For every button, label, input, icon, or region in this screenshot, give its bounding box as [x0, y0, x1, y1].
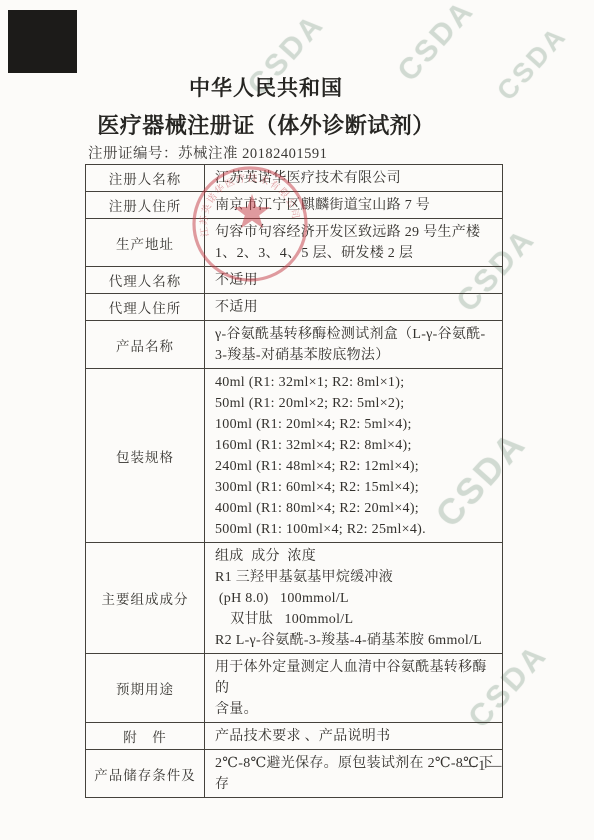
table-row: 预期用途 用于体外定量测定人血清中谷氨酰基转移酶的 含量。 — [86, 653, 502, 722]
row-value: 不适用 — [205, 267, 502, 293]
row-value: γ-谷氨酰基转移酶检测试剂盒（L-γ-谷氨酰- 3-羧基-对硝基苯胺底物法） — [205, 321, 502, 368]
row-label: 注册人住所 — [86, 192, 205, 218]
row-label: 注册人名称 — [86, 165, 205, 191]
row-label: 产品名称 — [86, 321, 205, 368]
row-value: 不适用 — [205, 294, 502, 320]
document-header: 中华人民共和国 医疗器械注册证（体外诊断试剂） — [0, 72, 532, 140]
row-label: 附 件 — [86, 723, 205, 749]
page-number: —1— — [462, 758, 503, 775]
row-value: 产品技术要求 、产品说明书 — [205, 723, 502, 749]
table-row: 包装规格 40ml (R1: 32ml×1; R2: 8ml×1); 50ml … — [86, 368, 502, 542]
certificate-page: CSDA CSDA CSDA CSDA CSDA CSDA 中华人民共和国 医疗… — [0, 0, 594, 840]
row-value: 2℃-8℃避光保存。原包装试剂在 2℃-8℃下存 — [205, 750, 502, 797]
row-value: 江苏英诺华医疗技术有限公司 — [205, 165, 502, 191]
table-row: 生产地址 句容市句容经济开发区致远路 29 号生产楼 1、2、3、4、5 层、研… — [86, 218, 502, 266]
row-label: 代理人住所 — [86, 294, 205, 320]
row-label: 产品储存条件及 — [86, 750, 205, 797]
country-title: 中华人民共和国 — [0, 72, 532, 102]
certificate-title: 医疗器械注册证（体外诊断试剂） — [0, 109, 532, 140]
row-value: 南京市江宁区麒麟街道宝山路 7 号 — [205, 192, 502, 218]
row-label: 生产地址 — [86, 219, 205, 266]
row-value: 40ml (R1: 32ml×1; R2: 8ml×1); 50ml (R1: … — [205, 369, 502, 542]
table-row: 附 件 产品技术要求 、产品说明书 — [86, 722, 502, 749]
registration-number: 注册证编号：苏械注准 20182401591 — [88, 142, 327, 163]
row-value: 用于体外定量测定人血清中谷氨酰基转移酶的 含量。 — [205, 654, 502, 722]
row-label: 代理人名称 — [86, 267, 205, 293]
table-row: 产品名称 γ-谷氨酰基转移酶检测试剂盒（L-γ-谷氨酰- 3-羧基-对硝基苯胺底… — [86, 320, 502, 368]
table-row: 注册人住所 南京市江宁区麒麟街道宝山路 7 号 — [86, 191, 502, 218]
table-row: 代理人住所 不适用 — [86, 293, 502, 320]
certificate-table: 注册人名称 江苏英诺华医疗技术有限公司 注册人住所 南京市江宁区麒麟街道宝山路 … — [85, 164, 503, 798]
row-label: 主要组成成分 — [86, 543, 205, 653]
row-label: 预期用途 — [86, 654, 205, 722]
table-row: 主要组成成分 组成 成分 浓度 R1 三羟甲基氨基甲烷缓冲液 (pH 8.0) … — [86, 542, 502, 653]
datamatrix-code — [8, 10, 78, 76]
row-value: 句容市句容经济开发区致远路 29 号生产楼 1、2、3、4、5 层、研发楼 2 … — [205, 219, 502, 266]
table-row: 注册人名称 江苏英诺华医疗技术有限公司 — [86, 165, 502, 191]
table-row: 代理人名称 不适用 — [86, 266, 502, 293]
row-value: 组成 成分 浓度 R1 三羟甲基氨基甲烷缓冲液 (pH 8.0) 100mmol… — [205, 543, 502, 653]
table-row: 产品储存条件及 2℃-8℃避光保存。原包装试剂在 2℃-8℃下存 — [86, 749, 502, 797]
row-label: 包装规格 — [86, 369, 205, 542]
